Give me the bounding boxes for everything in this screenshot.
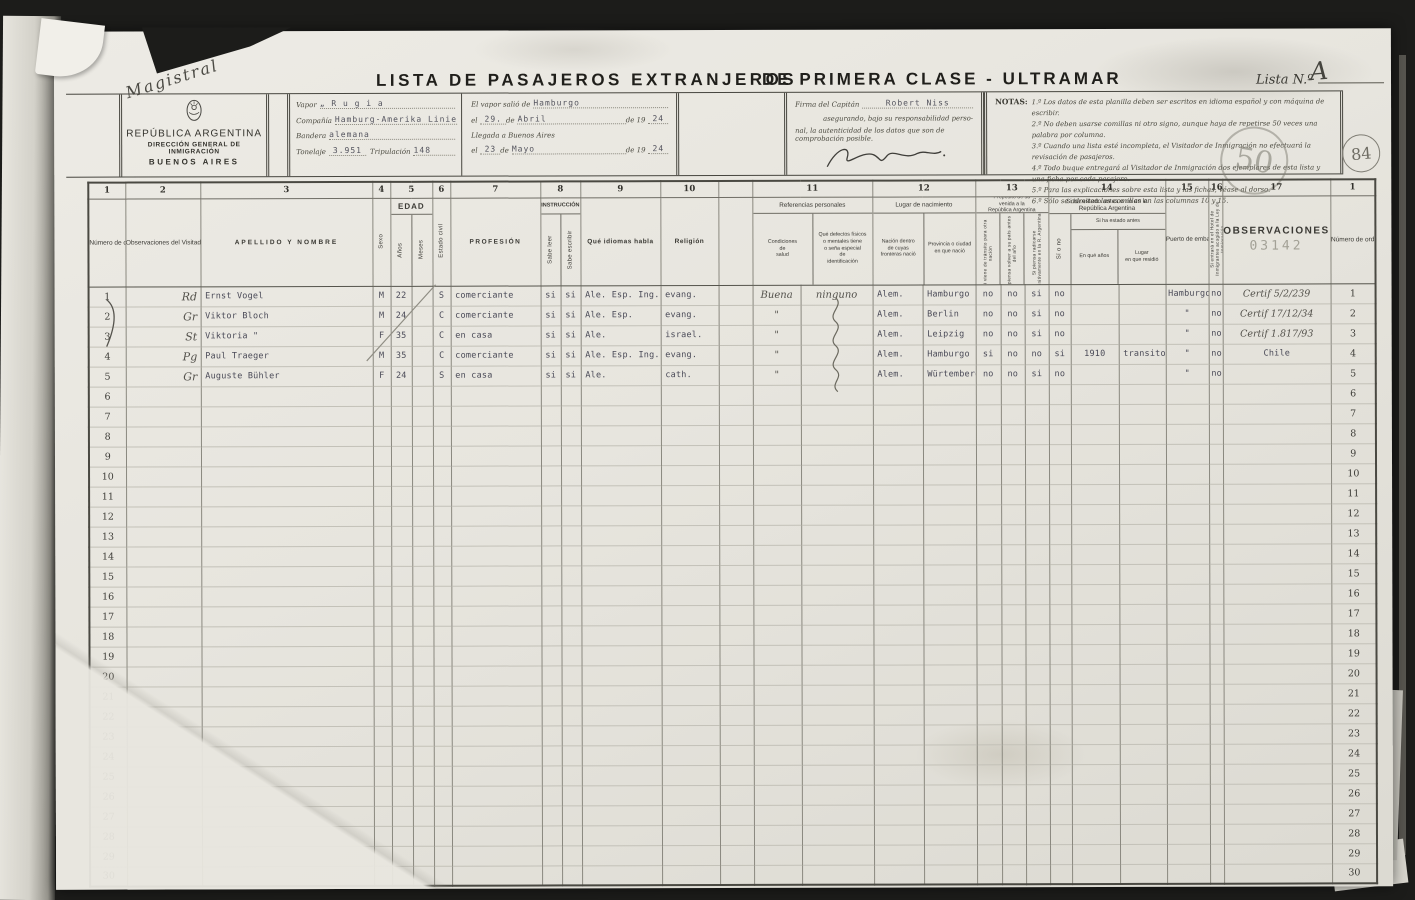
cell-p2 [1001, 444, 1025, 464]
cell-meses [412, 346, 433, 366]
col-num: 15 [1165, 180, 1208, 196]
cell-escribir [561, 405, 581, 425]
cell-blank [719, 365, 753, 385]
lista-number-handwritten: A [1309, 56, 1329, 86]
cell-salud [753, 465, 801, 485]
cell-estado [434, 686, 452, 706]
cell-blank [720, 665, 754, 685]
cell-escribir [561, 445, 581, 465]
cell-mark [127, 766, 202, 786]
cell-n2: 26 [1332, 783, 1377, 803]
cell-defectos [802, 765, 874, 785]
cell-p1 [977, 764, 1002, 784]
cell-p1 [976, 424, 1001, 444]
cell-idiomas [581, 485, 661, 505]
cell-lugar [1119, 444, 1166, 464]
cell-n: 3 [89, 327, 126, 347]
cell-n: 13 [89, 527, 126, 547]
cell-sex [373, 546, 391, 566]
cell-n: 20 [90, 667, 127, 687]
cell-anios [1071, 404, 1119, 424]
cell-mark [126, 626, 201, 646]
cell-blank [719, 425, 753, 445]
cell-prof [451, 545, 541, 565]
cell-salud [753, 385, 801, 405]
cell-lugar [1119, 524, 1166, 544]
cell-mark [127, 826, 202, 846]
cell-escribir [562, 705, 582, 725]
cell-meses [412, 446, 433, 466]
col-num: 1 [88, 183, 125, 199]
cell-p1 [976, 404, 1001, 424]
cell-idiomas [582, 825, 662, 845]
cell-anos: 24 [391, 366, 412, 386]
cell-sino: no [1049, 284, 1071, 304]
cell-p1 [977, 684, 1002, 704]
cell-sex: M [373, 306, 391, 326]
cell-sino [1049, 444, 1071, 464]
cell-blank [720, 765, 754, 785]
cell-salud [754, 765, 802, 785]
cell-idiomas [582, 665, 662, 685]
cell-hotel [1210, 764, 1224, 784]
vapor-value: „ R u g i a [320, 99, 455, 109]
cell-n: 28 [90, 827, 127, 847]
cell-sex [373, 506, 391, 526]
cell-n2: 18 [1331, 623, 1376, 643]
header-hotel-inmigrantes: Si entrará en el Hotel de Inmigrantes ac… [1208, 196, 1222, 284]
cell-religion [661, 505, 719, 525]
tonelaje-label: Tonelaje [296, 148, 326, 156]
cell-defectos [802, 725, 874, 745]
cell-leer [541, 565, 561, 585]
cell-meses [413, 866, 434, 886]
cell-salud [754, 705, 802, 725]
cell-sino [1049, 564, 1071, 584]
cell-blank [719, 605, 753, 625]
cell-nacion: Alem. [873, 344, 923, 364]
cell-p3 [1026, 724, 1050, 744]
cell-obs: Certif 1.817/93 [1223, 323, 1331, 343]
cell-obs [1223, 563, 1331, 583]
cell-name [202, 846, 374, 866]
cell-sex [374, 726, 392, 746]
cell-sino [1050, 664, 1072, 684]
cell-idiomas [582, 685, 662, 705]
cell-n: 25 [90, 767, 127, 787]
cell-provincia [923, 464, 976, 484]
cell-sino [1049, 624, 1071, 644]
cell-blank [719, 505, 753, 525]
cell-nacion [873, 464, 923, 484]
cell-sino [1050, 644, 1072, 664]
cell-prof [451, 525, 541, 545]
cell-escribir [562, 805, 582, 825]
cell-mark [126, 406, 201, 426]
cell-obs [1223, 363, 1331, 383]
cell-anos [392, 826, 413, 846]
cell-mark [126, 546, 201, 566]
cell-p2 [1001, 504, 1025, 524]
cell-prof [452, 705, 542, 725]
col-num: 3 [200, 182, 372, 198]
cell-defectos [801, 325, 873, 345]
cell-idiomas [581, 405, 661, 425]
cell-mark [127, 666, 202, 686]
cell-anios [1072, 824, 1120, 844]
cell-obs [1224, 763, 1332, 783]
cell-hotel [1210, 824, 1224, 844]
cell-escribir [561, 465, 581, 485]
cell-prof [452, 825, 542, 845]
cell-salud [753, 545, 801, 565]
cell-prof [451, 385, 541, 405]
cell-prof: comerciante [451, 305, 541, 325]
cell-provincia: Leipzig [923, 324, 976, 344]
cell-mark [126, 586, 201, 606]
cell-name: Auguste Bühler [201, 366, 373, 386]
mes-salida: Abril [518, 114, 626, 124]
cell-blank [719, 525, 753, 545]
cell-p3 [1025, 604, 1049, 624]
cell-leer [542, 865, 562, 885]
cell-sino: no [1049, 304, 1071, 324]
captain-statement-line: nal, la autenticidad de los datos que so… [795, 126, 973, 142]
cell-name [201, 566, 373, 586]
cell-idiomas [582, 645, 662, 665]
cell-idiomas [582, 785, 662, 805]
cell-name [201, 606, 373, 626]
cell-hotel [1210, 804, 1224, 824]
cell-p1 [977, 784, 1002, 804]
cell-mark [127, 866, 202, 886]
cell-puerto [1167, 664, 1210, 684]
cell-provincia: Hamburgo [923, 344, 976, 364]
cell-n2: 1 [1331, 283, 1376, 303]
cell-salud [753, 405, 801, 425]
cell-hotel [1210, 684, 1224, 704]
cell-blank [719, 385, 753, 405]
cell-n2: 9 [1331, 443, 1376, 463]
cell-n2: 5 [1331, 363, 1376, 383]
cell-anios [1071, 604, 1119, 624]
anio-llegada: 24 [649, 144, 669, 154]
cell-sex: F [373, 366, 391, 386]
cell-n: 18 [89, 627, 126, 647]
cell-estado [433, 426, 451, 446]
cell-lugar [1120, 684, 1167, 704]
cell-puerto [1166, 484, 1209, 504]
org-department: DIRECCIÓN GENERAL DE INMIGRACIÓN [122, 141, 266, 155]
cell-sino [1050, 704, 1072, 724]
cell-meses [413, 746, 434, 766]
cell-n2: 8 [1331, 423, 1376, 443]
cell-provincia [924, 704, 977, 724]
cell-provincia [923, 604, 976, 624]
header-religion: Religión [660, 197, 718, 285]
cell-leer [542, 785, 562, 805]
cell-n: 11 [89, 487, 126, 507]
cell-sex [373, 486, 391, 506]
cell-sex [374, 806, 392, 826]
cell-hotel: no [1209, 324, 1223, 344]
cell-lugar [1120, 724, 1167, 744]
cell-lugar [1119, 324, 1166, 344]
cell-p3 [1025, 564, 1049, 584]
cell-p2 [1001, 524, 1025, 544]
cell-religion [662, 665, 720, 685]
cell-n2: 30 [1332, 863, 1377, 883]
cell-prof [452, 805, 542, 825]
cell-mark [126, 486, 201, 506]
cell-religion [661, 625, 719, 645]
cell-hotel [1210, 744, 1224, 764]
cell-sino [1050, 744, 1072, 764]
cell-anos [391, 626, 412, 646]
cell-nacion [874, 704, 924, 724]
cell-lugar [1120, 824, 1167, 844]
cell-idiomas [581, 565, 661, 585]
cell-n: 15 [89, 567, 126, 587]
cell-sex [373, 526, 391, 546]
cell-religion: evang. [661, 285, 719, 305]
cell-escribir [561, 425, 581, 445]
cell-obs [1223, 463, 1331, 483]
cell-p2 [1002, 664, 1026, 684]
cell-nacion [874, 684, 924, 704]
cell-blank [720, 685, 754, 705]
cell-p2 [1002, 684, 1026, 704]
cell-nacion [873, 524, 923, 544]
cell-n2: 6 [1331, 383, 1376, 403]
firma-value: Robert Niss [862, 98, 973, 108]
cell-idiomas [582, 765, 662, 785]
cell-obs [1224, 743, 1332, 763]
cell-anos [391, 486, 412, 506]
cell-salud [753, 505, 801, 525]
cell-nacion [873, 504, 923, 524]
cell-hotel [1209, 504, 1223, 524]
cell-estado [434, 866, 452, 886]
cell-n2: 15 [1331, 563, 1376, 583]
cell-defectos [802, 705, 874, 725]
cell-sex [374, 786, 392, 806]
tonelaje-value: 3.951 [329, 145, 366, 155]
cell-religion [661, 605, 719, 625]
cell-provincia [924, 864, 977, 884]
cell-hotel [1209, 444, 1223, 464]
cell-escribir [562, 785, 582, 805]
cell-anos [391, 506, 412, 526]
cell-mark: Rd [126, 286, 201, 306]
cell-n2: 17 [1331, 603, 1376, 623]
vapor-label: Vapor [296, 101, 317, 109]
cell-p2 [1002, 804, 1026, 824]
cell-meses [413, 846, 434, 866]
cell-sex [374, 846, 392, 866]
cell-n2: 3 [1331, 323, 1376, 343]
cell-meses [412, 466, 433, 486]
cell-p3: no [1025, 344, 1049, 364]
cell-obs [1223, 523, 1331, 543]
cell-prof [451, 425, 541, 445]
cell-sino [1050, 764, 1072, 784]
nota-item: 3.º Cuando una lista esté incompleta, el… [1032, 140, 1334, 163]
cell-anios [1071, 284, 1119, 304]
cell-p3 [1026, 804, 1050, 824]
cell-p3 [1025, 524, 1049, 544]
cell-leer [541, 525, 561, 545]
cell-anios [1072, 684, 1120, 704]
cell-religion: evang. [661, 305, 719, 325]
cell-lugar [1119, 604, 1166, 624]
cell-salud [753, 525, 801, 545]
cell-blank [719, 325, 753, 345]
cell-prof [452, 785, 542, 805]
cell-puerto [1166, 544, 1209, 564]
cell-puerto [1166, 424, 1209, 444]
cell-obs: Certif 5/2/239 [1223, 283, 1331, 303]
cell-n2: 4 [1331, 343, 1376, 363]
llegada-label: Llegada a Buenos Aires [471, 131, 555, 139]
dia-llegada: 23 [481, 145, 501, 155]
cell-meses [412, 566, 433, 586]
cell-mark [126, 386, 201, 406]
cell-estado [433, 546, 451, 566]
cell-n2: 13 [1331, 523, 1376, 543]
cell-p2 [1002, 704, 1026, 724]
cell-leer [541, 465, 561, 485]
el-label-2: el [471, 147, 477, 155]
cell-mark [126, 526, 201, 546]
cell-obs [1223, 403, 1331, 423]
cell-mark [126, 566, 201, 586]
cell-p1 [977, 664, 1002, 684]
captain-signature-box: Firma del Capitán Robert Niss asegurando… [784, 92, 984, 175]
cell-sex [373, 606, 391, 626]
cell-salud [753, 485, 801, 505]
cell-sino: no [1049, 324, 1071, 344]
cell-escribir [562, 665, 582, 685]
cell-p3 [1026, 764, 1050, 784]
cell-anios [1071, 324, 1119, 344]
cell-religion [662, 805, 720, 825]
cell-provincia [924, 824, 977, 844]
cell-provincia [923, 564, 976, 584]
cell-estado [433, 506, 451, 526]
cell-mark [127, 806, 202, 826]
cell-n2: 14 [1331, 543, 1376, 563]
col-num: 5 [390, 182, 432, 198]
header-idiomas: Qué idiomas habla [580, 197, 660, 285]
cell-n: 23 [90, 727, 127, 747]
cell-n2: 22 [1332, 703, 1377, 723]
cell-blank [719, 405, 753, 425]
cell-anios [1071, 624, 1119, 644]
cell-p1 [977, 864, 1002, 884]
cell-estado [434, 826, 452, 846]
cell-sino: no [1049, 364, 1071, 384]
cell-meses [412, 306, 433, 326]
cell-p2 [1002, 724, 1026, 744]
cell-salud [753, 625, 801, 645]
cell-defectos [801, 465, 873, 485]
header-apellido-nombre: APELLIDO Y NOMBRE [200, 198, 372, 286]
cell-idiomas [581, 445, 661, 465]
cell-estado [434, 706, 452, 726]
cell-name [202, 666, 374, 686]
cell-n2: 21 [1332, 683, 1377, 703]
org-country: REPÚBLICA ARGENTINA [122, 128, 266, 139]
cell-lugar [1119, 464, 1166, 484]
cell-hotel [1210, 704, 1224, 724]
mes-llegada: Mayo [512, 144, 626, 154]
cell-meses [413, 686, 434, 706]
cell-defectos [801, 365, 873, 385]
cell-anios [1071, 384, 1119, 404]
cell-prof [452, 685, 542, 705]
cell-defectos: ninguno [801, 285, 873, 305]
cell-p3 [1026, 644, 1050, 664]
cell-p2 [1002, 844, 1026, 864]
cell-n2: 2 [1331, 303, 1376, 323]
cell-idiomas [581, 425, 661, 445]
cell-n: 16 [89, 587, 126, 607]
cell-puerto [1166, 504, 1209, 524]
cell-name [201, 626, 373, 646]
cell-meses [412, 286, 433, 306]
cell-lugar [1119, 384, 1166, 404]
cell-prof [452, 725, 542, 745]
cell-estado [433, 386, 451, 406]
header-profesion: PROFESIÓN [450, 197, 540, 285]
cell-name [201, 506, 373, 526]
cell-n2: 28 [1332, 823, 1377, 843]
cell-idiomas [582, 725, 662, 745]
cell-n: 6 [89, 387, 126, 407]
salio-value: Hamburgo [533, 98, 668, 108]
cell-obs [1224, 643, 1332, 663]
cell-leer [542, 845, 562, 865]
cell-nacion [873, 404, 923, 424]
cell-mark: Pg [126, 346, 201, 366]
cell-hotel [1209, 464, 1223, 484]
de-label: de [506, 116, 515, 124]
cell-n: 17 [89, 607, 126, 627]
cell-puerto [1166, 464, 1209, 484]
cell-escribir: si [561, 285, 581, 305]
anio-prefix: de 19 [626, 116, 646, 124]
form-header-strip: REPÚBLICA ARGENTINA DIRECCIÓN GENERAL DE… [66, 90, 1343, 177]
cell-p1 [977, 744, 1002, 764]
cell-anios [1071, 584, 1119, 604]
cell-mark [127, 786, 202, 806]
cell-puerto [1167, 784, 1210, 804]
cell-blank [720, 645, 754, 665]
cell-obs [1224, 863, 1332, 883]
cell-anios [1071, 524, 1119, 544]
cell-p3 [1026, 744, 1050, 764]
cell-prof [451, 625, 541, 645]
cell-puerto [1167, 864, 1210, 884]
cell-name: Viktor Bloch [201, 306, 373, 326]
cell-p1 [977, 724, 1002, 744]
cell-n2: 19 [1332, 643, 1377, 663]
cell-p3: si [1025, 304, 1049, 324]
cell-anios [1072, 844, 1120, 864]
cell-p1: no [976, 304, 1001, 324]
cell-name [201, 526, 373, 546]
